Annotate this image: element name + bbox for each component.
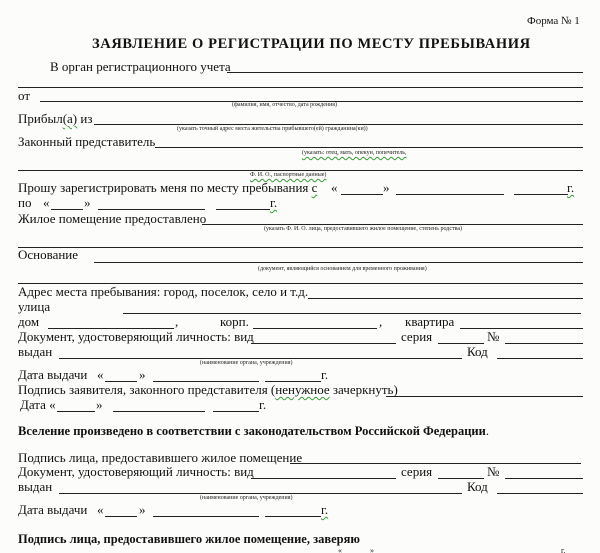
provider-issue-day-field[interactable] xyxy=(105,516,137,517)
arrived-from-label: Прибыл(а) из xyxy=(18,112,92,126)
id-type-field[interactable] xyxy=(251,343,396,344)
provider-issue-month-field[interactable] xyxy=(153,516,259,517)
legal-rep-caption-1: (указать: отец, мать, опекун, попечитель… xyxy=(302,150,407,157)
from-label: от xyxy=(18,89,30,103)
register-request-label: Прошу зарегистрировать меня по месту пре… xyxy=(18,181,317,195)
legal-rep-field[interactable] xyxy=(155,147,583,148)
housing-provided-caption: (указать Ф. И. О. лица, предоставившего … xyxy=(264,226,462,233)
settlement-statement: Вселение произведено в соответствии с за… xyxy=(18,424,489,438)
building-comma: , xyxy=(379,315,382,329)
date-day-field[interactable] xyxy=(57,411,95,412)
date-year-suffix: г. xyxy=(259,398,266,412)
provider-issue-quote-close: » xyxy=(139,503,146,517)
reg-to-year-suffix: г. xyxy=(270,196,277,210)
date-year-field[interactable] xyxy=(213,411,259,412)
date-label: Дата « xyxy=(20,398,56,412)
provider-issuer-code-field[interactable] xyxy=(497,493,583,494)
housing-provided-label: Жилое помещение предоставлено xyxy=(18,212,206,226)
provider-issue-quote-open: « xyxy=(97,503,104,517)
provider-issued-by-field[interactable] xyxy=(59,493,462,494)
arrived-from-field[interactable] xyxy=(94,124,583,125)
reg-from-month-field[interactable] xyxy=(396,194,504,195)
applicant-signature-field[interactable] xyxy=(386,396,583,397)
arrived-from-caption: (указать точный адрес места жительства п… xyxy=(177,126,368,133)
bottom-quote-open: « xyxy=(338,547,342,553)
address-label: Адрес места пребывания: город, поселок, … xyxy=(18,285,308,299)
legal-rep-field-2[interactable] xyxy=(18,170,583,171)
provider-id-doc-label: Документ, удостоверяющий личность: вид xyxy=(18,465,254,479)
reg-to-year-field[interactable] xyxy=(216,209,270,210)
provider-code-label: Код xyxy=(467,480,488,494)
provider-signature-label: Подпись лица, предоставившего жилое поме… xyxy=(18,451,302,465)
reg-to-quote-open: « xyxy=(43,196,50,210)
apartment-field[interactable] xyxy=(460,328,583,329)
signature-label: Подпись заявителя, законного представите… xyxy=(18,383,398,397)
issue-year-suffix: г. xyxy=(321,368,328,382)
issue-quote-close: » xyxy=(139,368,146,382)
id-doc-label: Документ, удостоверяющий личность: вид xyxy=(18,330,254,344)
to-authority-label: В орган регистрационного учета xyxy=(50,60,231,74)
issuer-code-field[interactable] xyxy=(497,358,583,359)
to-authority-field[interactable] xyxy=(227,72,583,73)
street-field[interactable] xyxy=(123,313,581,314)
reg-from-day-field[interactable] xyxy=(341,194,383,195)
issued-by-field[interactable] xyxy=(59,358,462,359)
building-label: корп. xyxy=(220,315,249,329)
code-label: Код xyxy=(467,345,488,359)
bottom-year-suffix: г. xyxy=(561,547,565,553)
house-label: дом xyxy=(18,315,39,329)
provider-number-label: № xyxy=(487,465,499,479)
address-city-field[interactable] xyxy=(308,298,583,299)
form-number: Форма № 1 xyxy=(527,14,580,28)
bottom-quote-close: » xyxy=(370,547,374,553)
page-title: ЗАЯВЛЕНИЕ О РЕГИСТРАЦИИ ПО МЕСТУ ПРЕБЫВА… xyxy=(92,36,531,53)
house-comma: , xyxy=(175,315,178,329)
provider-issue-year-suffix: г. xyxy=(321,503,328,517)
provider-issued-label: выдан xyxy=(18,480,52,494)
building-field[interactable] xyxy=(253,328,377,329)
series-label: серия xyxy=(401,330,432,344)
legal-rep-label: Законный представитель xyxy=(18,135,155,149)
basis-label: Основание xyxy=(18,248,78,262)
reg-to-month-field[interactable] xyxy=(98,209,205,210)
basis-field[interactable] xyxy=(94,262,583,263)
from-caption: (фамилия, имя, отчество, дата рождения) xyxy=(232,102,337,109)
issue-quote-open: « xyxy=(97,368,104,382)
to-authority-field-2[interactable] xyxy=(18,87,583,88)
apartment-label: квартира xyxy=(405,315,454,329)
id-number-field[interactable] xyxy=(505,343,583,344)
provider-issued-caption: (наименование органа, учреждения) xyxy=(200,495,292,502)
issued-label: выдан xyxy=(18,345,52,359)
reg-from-quote-close: » xyxy=(383,181,390,195)
provider-series-label: серия xyxy=(401,465,432,479)
housing-provided-field[interactable] xyxy=(202,224,583,225)
reg-to-day-field[interactable] xyxy=(51,209,83,210)
provider-id-type-field[interactable] xyxy=(251,478,396,479)
provider-id-number-field[interactable] xyxy=(505,478,583,479)
reg-from-quote-open: « xyxy=(331,181,338,195)
basis-caption: (документ, являющийся основанием для вре… xyxy=(258,266,427,273)
reg-from-year-suffix: г. xyxy=(567,181,574,195)
provider-signature-field[interactable] xyxy=(290,463,581,464)
legal-rep-caption-2: Ф. И. О., паспортные данные) xyxy=(250,172,326,179)
provider-issue-date-label: Дата выдачи xyxy=(18,503,87,517)
date-month-field[interactable] xyxy=(113,411,205,412)
reg-from-year-field[interactable] xyxy=(514,194,568,195)
issued-caption: (наименование органа, учреждения) xyxy=(200,360,292,367)
provider-issue-year-field[interactable] xyxy=(265,516,321,517)
housing-provided-field-2[interactable] xyxy=(18,247,583,248)
reg-to-quote-close: » xyxy=(84,196,91,210)
issue-date-label: Дата выдачи xyxy=(18,368,87,382)
provider-certify-label: Подпись лица, предоставившего жилое поме… xyxy=(18,532,360,546)
number-label: № xyxy=(487,330,499,344)
street-label: улица xyxy=(18,300,50,314)
to-word: по xyxy=(18,196,31,210)
date-quote-close: » xyxy=(96,398,103,412)
